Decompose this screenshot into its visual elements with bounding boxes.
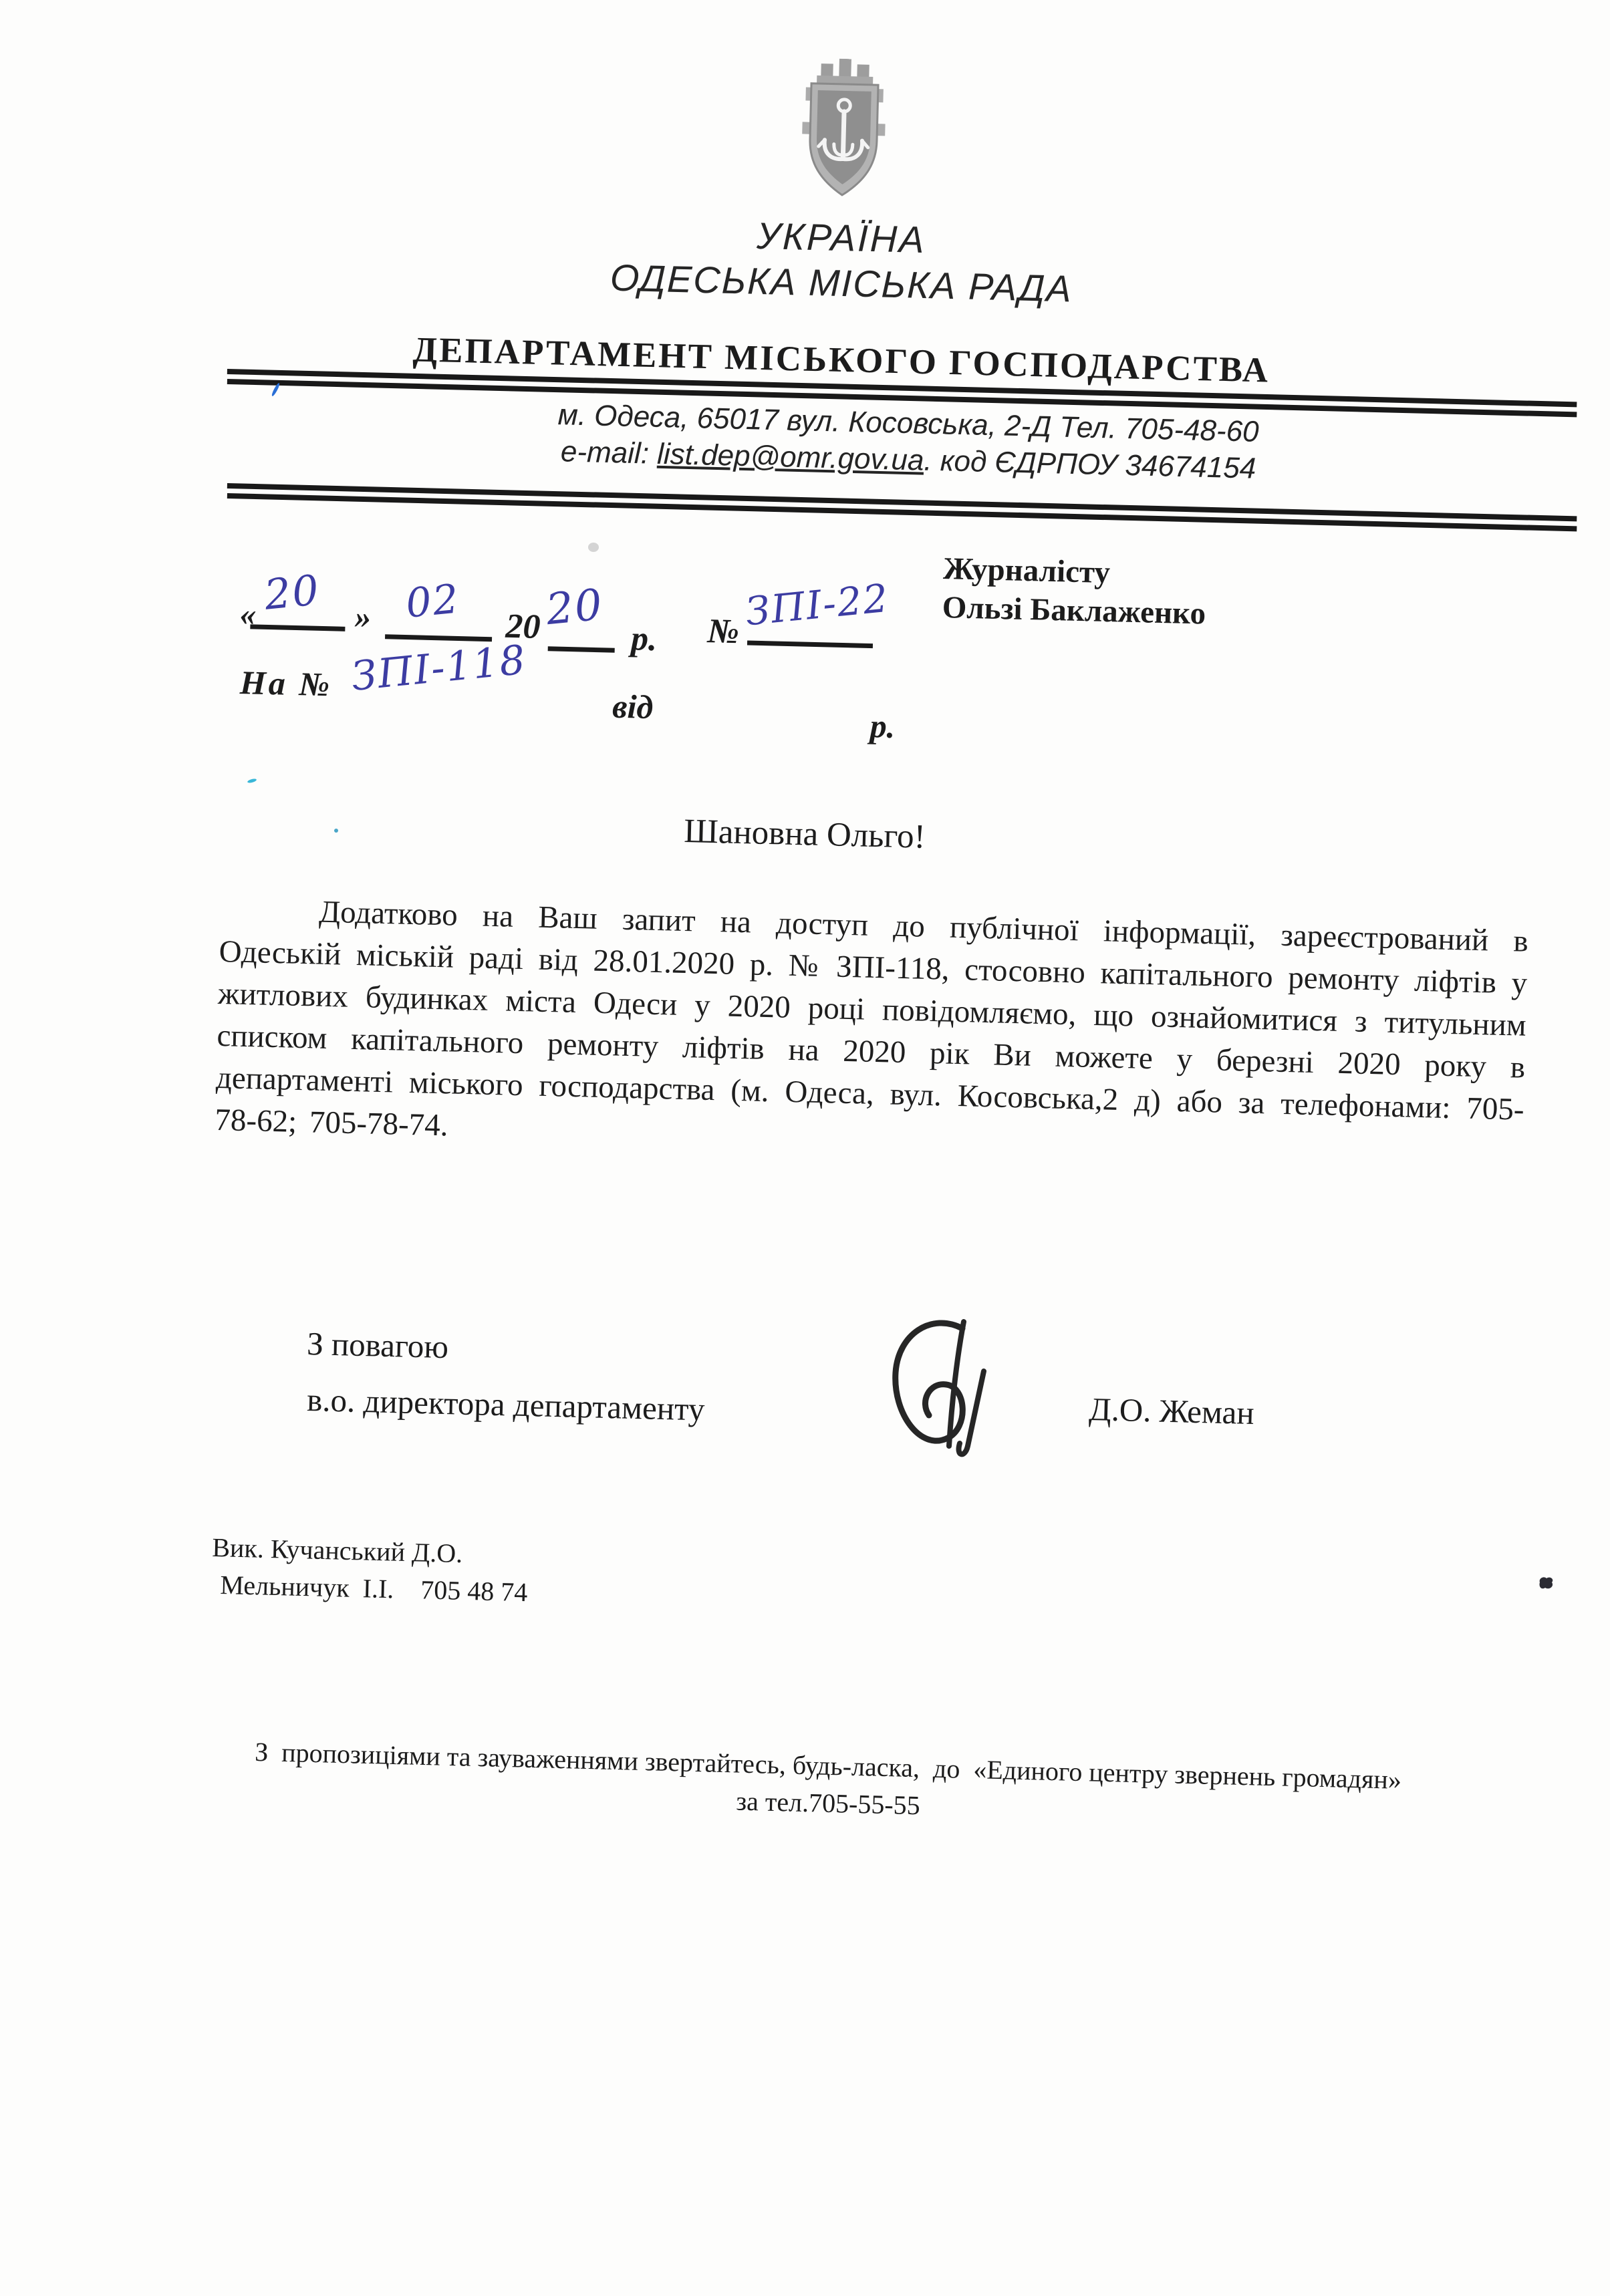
reference-reply-line: На № ЗПІ-118 від р. xyxy=(239,656,976,741)
email-suffix: . код ЄДРПОУ 34674154 xyxy=(924,444,1256,485)
quote-close: » xyxy=(354,597,372,636)
recipient-line-1: Журналісту xyxy=(943,549,1208,595)
reply-year-label: р. xyxy=(869,706,896,746)
scan-ink-blot xyxy=(1537,1576,1555,1590)
signer-name: Д.О. Жеман xyxy=(1089,1390,1255,1432)
day-handwritten-value: 20 xyxy=(262,565,322,619)
year-handwritten-value: 20 xyxy=(544,580,606,635)
year-label: р. xyxy=(630,619,657,659)
email-address: list.dep@omr.gov.ua xyxy=(657,438,924,477)
email-prefix: e-mail: xyxy=(560,435,657,470)
reply-prefix: На № xyxy=(239,663,333,704)
scan-smudge xyxy=(588,543,599,552)
month-handwritten-value: 02 xyxy=(404,575,462,627)
handwritten-signature-icon xyxy=(881,1310,1001,1477)
number-sign: № xyxy=(707,611,740,652)
recipient-line-2: Ользі Баклаженко xyxy=(942,588,1206,633)
salutation: Шановна Ольго! xyxy=(220,801,1390,868)
closing-line: З повагою xyxy=(307,1324,449,1366)
executor-line-1: Вик. Кучанський Д.О. xyxy=(212,1532,463,1569)
scanned-letter-page: { "colors": { "paper": "#fdfdfc", "ink_p… xyxy=(0,0,1610,2296)
body-paragraph: Додатково на Ваш запит на доступ до публ… xyxy=(215,889,1529,1173)
signer-position: в.о. директора департаменту xyxy=(307,1381,705,1429)
scan-ink-speck xyxy=(334,829,338,833)
scan-ink-speck xyxy=(247,778,257,783)
odesa-coat-of-arms-icon xyxy=(789,57,899,202)
reply-from-label: від xyxy=(612,687,654,726)
executor-line-2: Мельничук І.І. 705 48 74 xyxy=(220,1569,528,1608)
reference-date-line: « 20 » 02 20 20 р. № ЗПІ-22 xyxy=(239,583,976,661)
recipient-block: Журналісту Ользі Баклаженко xyxy=(942,549,1207,633)
